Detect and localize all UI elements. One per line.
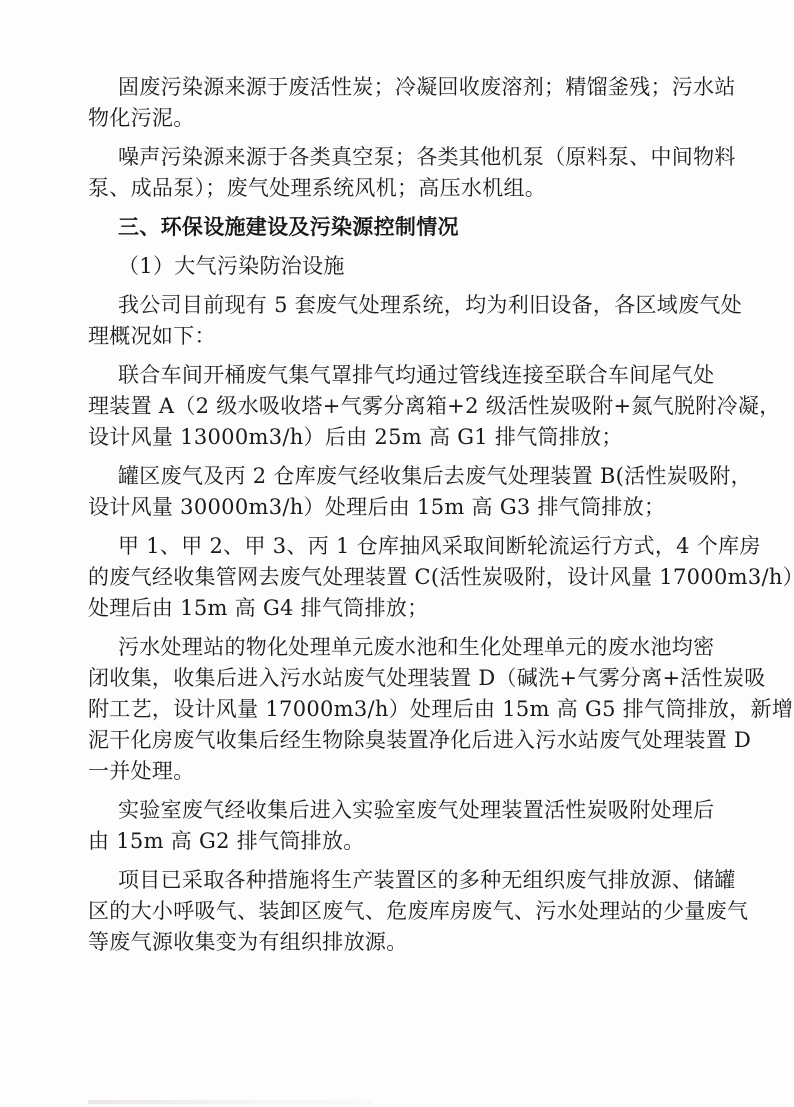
text-line: 设计风量 13000m3/h）后由 25m 高 G1 排气筒排放； (88, 422, 728, 453)
text-line: 物化污泥。 (88, 103, 728, 134)
paragraph-noise: 噪声污染源来源于各类真空泵；各类其他机泵（原料泵、中间物料 泵、成品泵）；废气处… (88, 142, 728, 204)
text-line: 泥干化房废气收集后经生物除臭装置净化后进入污水站废气处理装置 D (88, 725, 728, 756)
text-line: 甲 1、甲 2、甲 3、丙 1 仓库抽风采取间断轮流运行方式，4 个库房 (88, 531, 728, 562)
document-page: 固废污染源来源于废活性炭；冷凝回收废溶剂；精馏釜残；污水站 物化污泥。 噪声污染… (0, 0, 794, 1107)
text-line: 污水处理站的物化处理单元废水池和生化处理单元的废水池均密 (88, 632, 728, 663)
text-line: 噪声污染源来源于各类真空泵；各类其他机泵（原料泵、中间物料 (88, 142, 728, 173)
text-line: 附工艺，设计风量 17000m3/h）处理后由 15m 高 G5 排气筒排放，新… (88, 694, 728, 725)
text-line: 等废气源收集变为有组织排放源。 (88, 927, 728, 958)
text-line: 罐区废气及丙 2 仓库废气经收集后去废气处理装置 B(活性炭吸附， (88, 461, 728, 492)
text-line: 固废污染源来源于废活性炭；冷凝回收废溶剂；精馏釜残；污水站 (88, 72, 728, 103)
text-line: 泵、成品泵）；废气处理系统风机；高压水机组。 (88, 173, 728, 204)
paragraph-fugitive-emissions: 项目已采取各种措施将生产装置区的多种无组织废气排放源、储罐 区的大小呼吸气、装卸… (88, 865, 728, 958)
text-line: 由 15m 高 G2 排气筒排放。 (88, 826, 728, 857)
paragraph-overview: 我公司目前现有 5 套废气处理系统，均为利旧设备，各区域废气处 理概况如下： (88, 290, 728, 352)
paragraph-device-b: 罐区废气及丙 2 仓库废气经收集后去废气处理装置 B(活性炭吸附， 设计风量 3… (88, 461, 728, 523)
text-line: 项目已采取各种措施将生产装置区的多种无组织废气排放源、储罐 (88, 865, 728, 896)
document-body: 固废污染源来源于废活性炭；冷凝回收废溶剂；精馏釜残；污水站 物化污泥。 噪声污染… (88, 72, 728, 958)
text-line: 的废气经收集管网去废气处理装置 C(活性炭吸附，设计风量 17000m3/h） (88, 562, 728, 593)
text-line: 理概况如下： (88, 321, 728, 352)
text-line: 一并处理。 (88, 756, 728, 787)
text-line: 设计风量 30000m3/h）处理后由 15m 高 G3 排气筒排放； (88, 492, 728, 523)
text-line: 区的大小呼吸气、装卸区废气、危废库房废气、污水处理站的少量废气 (88, 896, 728, 927)
text-line: 闭收集，收集后进入污水站废气处理装置 D（碱洗+气雾分离+活性炭吸 (88, 663, 728, 694)
paragraph-device-c: 甲 1、甲 2、甲 3、丙 1 仓库抽风采取间断轮流运行方式，4 个库房 的废气… (88, 531, 728, 624)
paragraph-solid-waste: 固废污染源来源于废活性炭；冷凝回收废溶剂；精馏釜残；污水站 物化污泥。 (88, 72, 728, 134)
paragraph-device-a: 联合车间开桶废气集气罩排气均通过管线连接至联合车间尾气处 理装置 A（2 级水吸… (88, 360, 728, 453)
paragraph-device-d: 污水处理站的物化处理单元废水池和生化处理单元的废水池均密 闭收集，收集后进入污水… (88, 632, 728, 787)
subsection-heading: （1）大气污染防治设施 (88, 251, 728, 282)
section-heading: 三、环保设施建设及污染源控制情况 (88, 212, 728, 243)
paragraph-lab: 实验室废气经收集后进入实验室废气处理装置活性炭吸附处理后 由 15m 高 G2 … (88, 795, 728, 857)
text-line: 实验室废气经收集后进入实验室废气处理装置活性炭吸附处理后 (88, 795, 728, 826)
text-line: 我公司目前现有 5 套废气处理系统，均为利旧设备，各区域废气处 (88, 290, 728, 321)
scan-artifact (88, 1100, 373, 1104)
text-line: 理装置 A（2 级水吸收塔+气雾分离箱+2 级活性炭吸附+氮气脱附冷凝， (88, 391, 728, 422)
text-line: 处理后由 15m 高 G4 排气筒排放； (88, 593, 728, 624)
text-line: 联合车间开桶废气集气罩排气均通过管线连接至联合车间尾气处 (88, 360, 728, 391)
